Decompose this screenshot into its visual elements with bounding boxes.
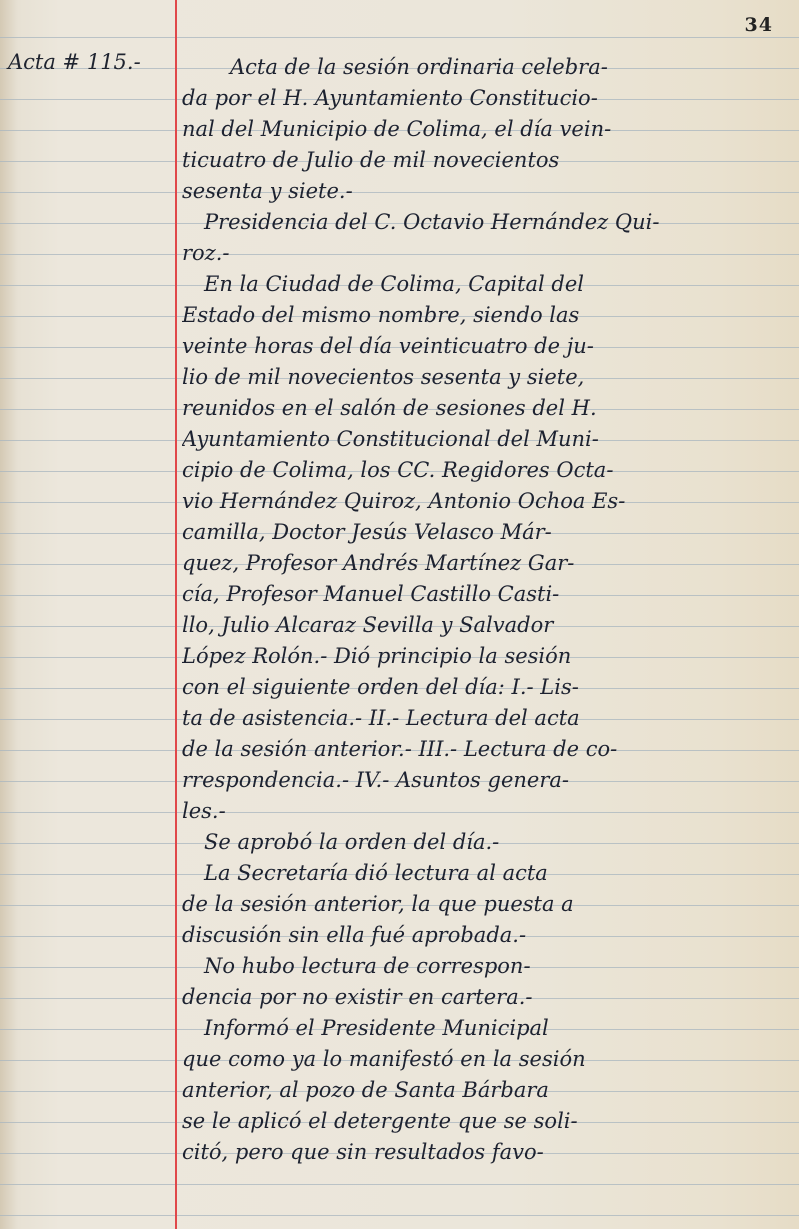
text-line: En la Ciudad de Colima, Capital del xyxy=(182,269,794,300)
act-number-label: Acta # 115.- xyxy=(8,50,141,74)
text-line: Presidencia del C. Octavio Hernández Qui… xyxy=(182,207,794,238)
text-line: quez, Profesor Andrés Martínez Gar- xyxy=(182,548,794,579)
text-line: da por el H. Ayuntamiento Constitucio- xyxy=(182,83,794,114)
text-line: La Secretaría dió lectura al acta xyxy=(182,858,794,889)
text-line: lio de mil novecientos sesenta y siete, xyxy=(182,362,794,393)
text-line: citó, pero que sin resultados favo- xyxy=(182,1137,794,1168)
text-line: veinte horas del día veinticuatro de ju- xyxy=(182,331,794,362)
text-line: dencia por no existir en cartera.- xyxy=(182,982,794,1013)
page-number: 34 xyxy=(745,14,773,36)
text-line: con el siguiente orden del día: I.- Lis- xyxy=(182,672,794,703)
text-line: No hubo lectura de correspon- xyxy=(182,951,794,982)
text-line: Ayuntamiento Constitucional del Muni- xyxy=(182,424,794,455)
text-line: discusión sin ella fué aprobada.- xyxy=(182,920,794,951)
text-line: se le aplicó el detergente que se soli- xyxy=(182,1106,794,1137)
ledger-page: 34 Acta # 115.- Acta de la sesión ordina… xyxy=(0,0,799,1229)
text-line: roz.- xyxy=(182,238,794,269)
text-line: reunidos en el salón de sesiones del H. xyxy=(182,393,794,424)
red-margin-line xyxy=(175,0,177,1229)
text-line: les.- xyxy=(182,796,794,827)
text-line: ta de asistencia.- II.- Lectura del acta xyxy=(182,703,794,734)
text-line: de la sesión anterior, la que puesta a xyxy=(182,889,794,920)
text-line: de la sesión anterior.- III.- Lectura de… xyxy=(182,734,794,765)
minutes-body: Acta de la sesión ordinaria celebra- da … xyxy=(182,52,794,1168)
text-line: vio Hernández Quiroz, Antonio Ochoa Es- xyxy=(182,486,794,517)
text-line: cía, Profesor Manuel Castillo Casti- xyxy=(182,579,794,610)
text-line: que como ya lo manifestó en la sesión xyxy=(182,1044,794,1075)
text-line: rrespondencia.- IV.- Asuntos genera- xyxy=(182,765,794,796)
text-line: cipio de Colima, los CC. Regidores Octa- xyxy=(182,455,794,486)
text-line: ticuatro de Julio de mil novecientos xyxy=(182,145,794,176)
text-line: sesenta y siete.- xyxy=(182,176,794,207)
text-line: llo, Julio Alcaraz Sevilla y Salvador xyxy=(182,610,794,641)
text-line: Acta de la sesión ordinaria celebra- xyxy=(182,52,794,83)
text-line: López Rolón.- Dió principio la sesión xyxy=(182,641,794,672)
text-line: nal del Municipio de Colima, el día vein… xyxy=(182,114,794,145)
text-line: Informó el Presidente Municipal xyxy=(182,1013,794,1044)
text-line: Se aprobó la orden del día.- xyxy=(182,827,794,858)
text-line: Estado del mismo nombre, siendo las xyxy=(182,300,794,331)
text-line: anterior, al pozo de Santa Bárbara xyxy=(182,1075,794,1106)
text-line: camilla, Doctor Jesús Velasco Már- xyxy=(182,517,794,548)
